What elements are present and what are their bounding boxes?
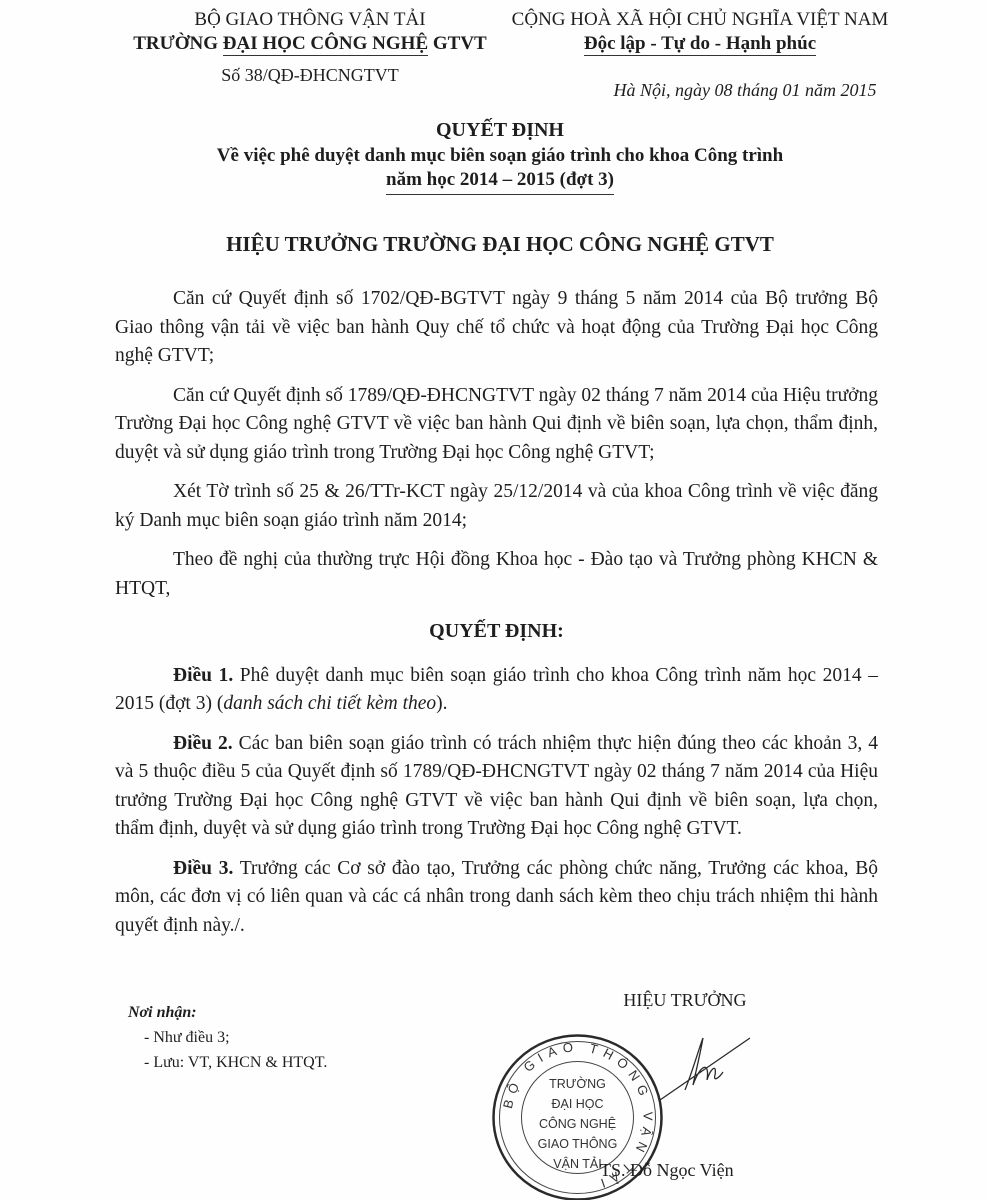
- svg-text:CÔNG NGHỆ: CÔNG NGHỆ: [539, 1116, 616, 1131]
- svg-text:TRƯỜNG: TRƯỜNG: [549, 1076, 606, 1091]
- handwritten-signature-icon: [655, 1030, 755, 1105]
- issuing-authority: HIỆU TRƯỞNG TRƯỜNG ĐẠI HỌC CÔNG NGHỆ GTV…: [100, 232, 900, 257]
- document-body: Căn cứ Quyết định số 1702/QĐ-BGTVT ngày …: [115, 285, 878, 951]
- recipient-item: - Lưu: VT, KHCN & HTQT.: [128, 1050, 327, 1075]
- recipient-item: - Như điều 3;: [128, 1025, 327, 1050]
- ministry-name: BỘ GIAO THÔNG VẬN TẢI: [100, 8, 520, 32]
- preamble-paragraph: Theo đề nghị của thường trực Hội đồng Kh…: [115, 546, 878, 603]
- article-2: Điều 2. Các ban biên soạn giáo trình có …: [115, 730, 878, 844]
- national-motto: Độc lập - Tự do - Hạnh phúc: [500, 32, 900, 56]
- preamble-paragraph: Căn cứ Quyết định số 1789/QĐ-ĐHCNGTVT ng…: [115, 382, 878, 468]
- svg-text:ĐẠI HỌC: ĐẠI HỌC: [551, 1097, 603, 1111]
- preamble-paragraph: Xét Tờ trình số 25 & 26/TTr-KCT ngày 25/…: [115, 478, 878, 535]
- issuer-header: BỘ GIAO THÔNG VẬN TẢI TRƯỜNG ĐẠI HỌC CÔN…: [100, 8, 520, 88]
- svg-text:VẬN TẢI: VẬN TẢI: [553, 1156, 601, 1171]
- nation-name: CỘNG HOÀ XÃ HỘI CHỦ NGHĨA VIỆT NAM: [500, 8, 900, 32]
- document-title: QUYẾT ĐỊNH Về việc phê duyệt danh mục bi…: [150, 116, 850, 192]
- recipients-label: Nơi nhận:: [128, 1000, 327, 1025]
- svg-text:GIAO THÔNG: GIAO THÔNG: [538, 1136, 618, 1151]
- subject-line-1: Về việc phê duyệt danh mục biên soạn giá…: [150, 144, 850, 168]
- recipients-block: Nơi nhận: - Như điều 3; - Lưu: VT, KHCN …: [128, 1000, 327, 1075]
- preamble-paragraph: Căn cứ Quyết định số 1702/QĐ-BGTVT ngày …: [115, 285, 878, 371]
- national-header: CỘNG HOÀ XÃ HỘI CHỦ NGHĨA VIỆT NAM Độc l…: [500, 8, 900, 56]
- title-heading: QUYẾT ĐỊNH: [150, 116, 850, 144]
- subject-line-2: năm học 2014 – 2015 (đợt 3): [150, 168, 850, 192]
- article-3: Điều 3. Trưởng các Cơ sở đào tạo, Trưởng…: [115, 855, 878, 941]
- place-date: Hà Nội, ngày 08 tháng 01 năm 2015: [600, 80, 890, 101]
- school-name: TRƯỜNG ĐẠI HỌC CÔNG NGHỆ GTVT: [100, 32, 520, 56]
- article-1: Điều 1. Phê duyệt danh mục biên soạn giá…: [115, 662, 878, 719]
- document-number: Số 38/QĐ-ĐHCNGTVT: [100, 62, 520, 88]
- signer-title: HIỆU TRƯỞNG: [590, 990, 780, 1011]
- signer-name: TS. Đỗ Ngọc Viện: [600, 1160, 734, 1181]
- decision-heading: QUYẾT ĐỊNH:: [115, 617, 878, 646]
